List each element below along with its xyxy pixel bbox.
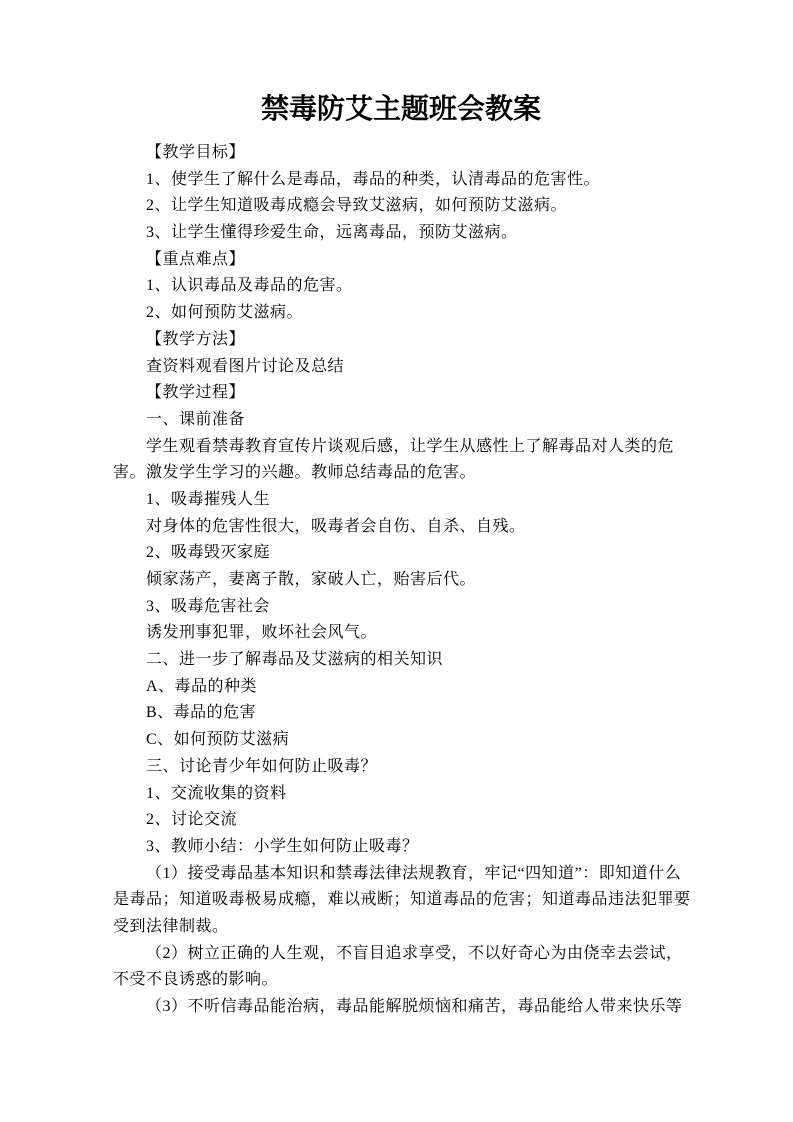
document-page: 禁毒防艾主题班会教案 【教学目标】1、使学生了解什么是毒品，毒品的种类，认清毒品… <box>0 0 793 1122</box>
text-line: 3、吸毒危害社会 <box>113 594 713 621</box>
text-line: 是毒品；知道吸毒极易成瘾，难以戒断；知道毒品的危害；知道毒品违法犯罪要 <box>113 887 713 914</box>
text-line: 【重点难点】 <box>113 247 713 274</box>
text-line: （3）不听信毒品能治病，毒品能解脱烦恼和痛苦，毒品能给人带来快乐等 <box>113 994 713 1021</box>
text-line: 2、吸毒毁灭家庭 <box>113 540 713 567</box>
text-line: 1、使学生了解什么是毒品，毒品的种类，认清毒品的危害性。 <box>113 167 713 194</box>
text-line: 倾家荡产，妻离子散，家破人亡，贻害后代。 <box>113 567 713 594</box>
text-line: （2）树立正确的人生观，不盲目追求享受，不以好奇心为由侥幸去尝试， <box>113 941 713 968</box>
text-line: 受到法律制裁。 <box>113 914 713 941</box>
text-line: 2、讨论交流 <box>113 807 713 834</box>
text-line: A、毒品的种类 <box>113 674 713 701</box>
text-line: C、如何预防艾滋病 <box>113 727 713 754</box>
text-line: 【教学方法】 <box>113 327 713 354</box>
text-line: 3、让学生懂得珍爱生命，远离毒品，预防艾滋病。 <box>113 220 713 247</box>
text-line: 3、教师小结：小学生如何防止吸毒？ <box>113 834 713 861</box>
text-line: 【教学过程】 <box>113 380 713 407</box>
text-line: 害。激发学生学习的兴趣。教师总结毒品的危害。 <box>113 460 713 487</box>
text-line: 1、交流收集的资料 <box>113 781 713 808</box>
text-line: B、毒品的危害 <box>113 700 713 727</box>
text-line: 学生观看禁毒教育宣传片谈观后感，让学生从感性上了解毒品对人类的危 <box>113 434 713 461</box>
document-body: 【教学目标】1、使学生了解什么是毒品，毒品的种类，认清毒品的危害性。2、让学生知… <box>113 140 713 1021</box>
text-line: 二、进一步了解毒品及艾滋病的相关知识 <box>113 647 713 674</box>
text-line: 1、吸毒摧残人生 <box>113 487 713 514</box>
text-line: 诱发刑事犯罪，败坏社会风气。 <box>113 620 713 647</box>
document-title: 禁毒防艾主题班会教案 <box>113 92 689 128</box>
text-line: 一、课前准备 <box>113 407 713 434</box>
text-line: 1、认识毒品及毒品的危害。 <box>113 273 713 300</box>
text-line: 不受不良诱惑的影响。 <box>113 967 713 994</box>
text-line: 对身体的危害性很大，吸毒者会自伤、自杀、自残。 <box>113 514 713 541</box>
text-line: 2、如何预防艾滋病。 <box>113 300 713 327</box>
text-line: 查资料观看图片讨论及总结 <box>113 354 713 381</box>
text-line: （1）接受毒品基本知识和禁毒法律法规教育，牢记“四知道”：即知道什么 <box>113 861 713 888</box>
text-line: 【教学目标】 <box>113 140 713 167</box>
text-line: 三、讨论青少年如何防止吸毒？ <box>113 754 713 781</box>
text-line: 2、让学生知道吸毒成瘾会导致艾滋病，如何预防艾滋病。 <box>113 193 713 220</box>
